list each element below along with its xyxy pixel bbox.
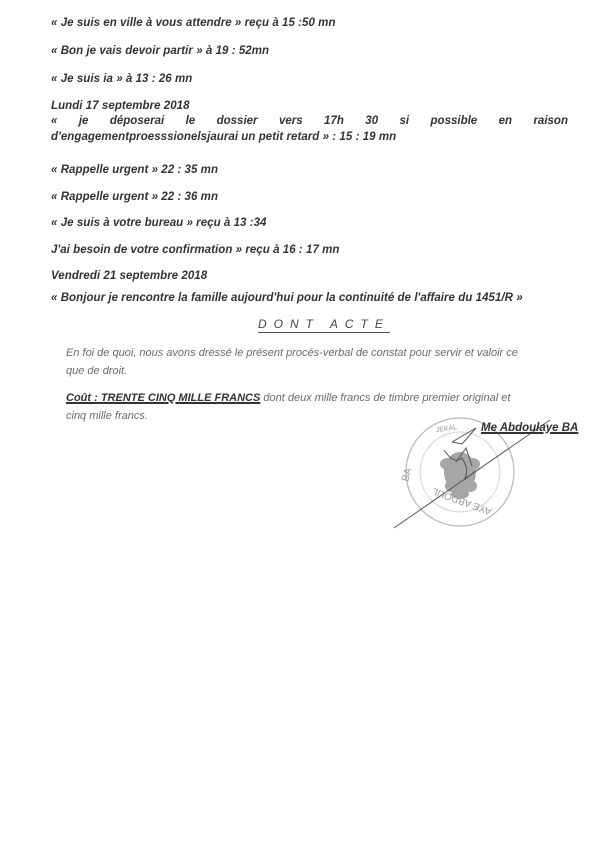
message-line: « Je suis ia » à 13 : 26 mn — [51, 73, 192, 85]
conclusion-line-2: que de droit. — [66, 365, 127, 377]
long-message-line-2: d'engagementproesssionelsjaurai un petit… — [51, 131, 396, 143]
word: je — [79, 115, 89, 127]
word: possible — [431, 115, 478, 127]
message-line: « Je suis en ville à vous attendre » reç… — [51, 17, 336, 29]
message-line: « Bonjour je rencontre la famille aujour… — [51, 292, 523, 304]
message-line: J'ai besoin de votre confirmation » reçu… — [51, 244, 340, 256]
cost-line-2: cinq mille francs. — [66, 410, 148, 422]
cost-line: Coût : TRENTE CINQ MILLE FRANCS dont deu… — [66, 392, 510, 404]
word: le — [186, 115, 196, 127]
word: si — [400, 115, 410, 127]
word: « — [51, 115, 57, 127]
message-line: « Bon je vais devoir partir » à 19 : 52m… — [51, 45, 269, 57]
cost-label: Coût : TRENTE CINQ MILLE FRANCS — [66, 392, 260, 404]
dont-acte-heading: DONT ACTE — [258, 317, 390, 333]
word: raison — [533, 115, 568, 127]
conclusion-line-1: En foi de quoi, nous avons dressé le pré… — [66, 347, 518, 359]
word: déposerai — [110, 115, 164, 127]
date-heading: Vendredi 21 septembre 2018 — [51, 270, 207, 282]
message-line: « Rappelle urgent » 22 : 35 mn — [51, 164, 218, 176]
message-line: « Je suis à votre bureau » reçu à 13 :34 — [51, 217, 267, 229]
cost-text: dont deux mille francs de timbre premier… — [260, 392, 510, 404]
long-message-line-1: «jedéposerailedossiervers17h30sipossible… — [51, 115, 568, 127]
date-heading: Lundi 17 septembre 2018 — [51, 100, 190, 112]
word: en — [499, 115, 512, 127]
word: 30 — [365, 115, 378, 127]
word: vers — [279, 115, 303, 127]
signatory-name: Me Abdoulaye BA — [481, 422, 578, 434]
word: dossier — [217, 115, 258, 127]
message-line: « Rappelle urgent » 22 : 36 mn — [51, 191, 218, 203]
svg-text:BA: BA — [400, 467, 414, 483]
word: 17h — [324, 115, 344, 127]
